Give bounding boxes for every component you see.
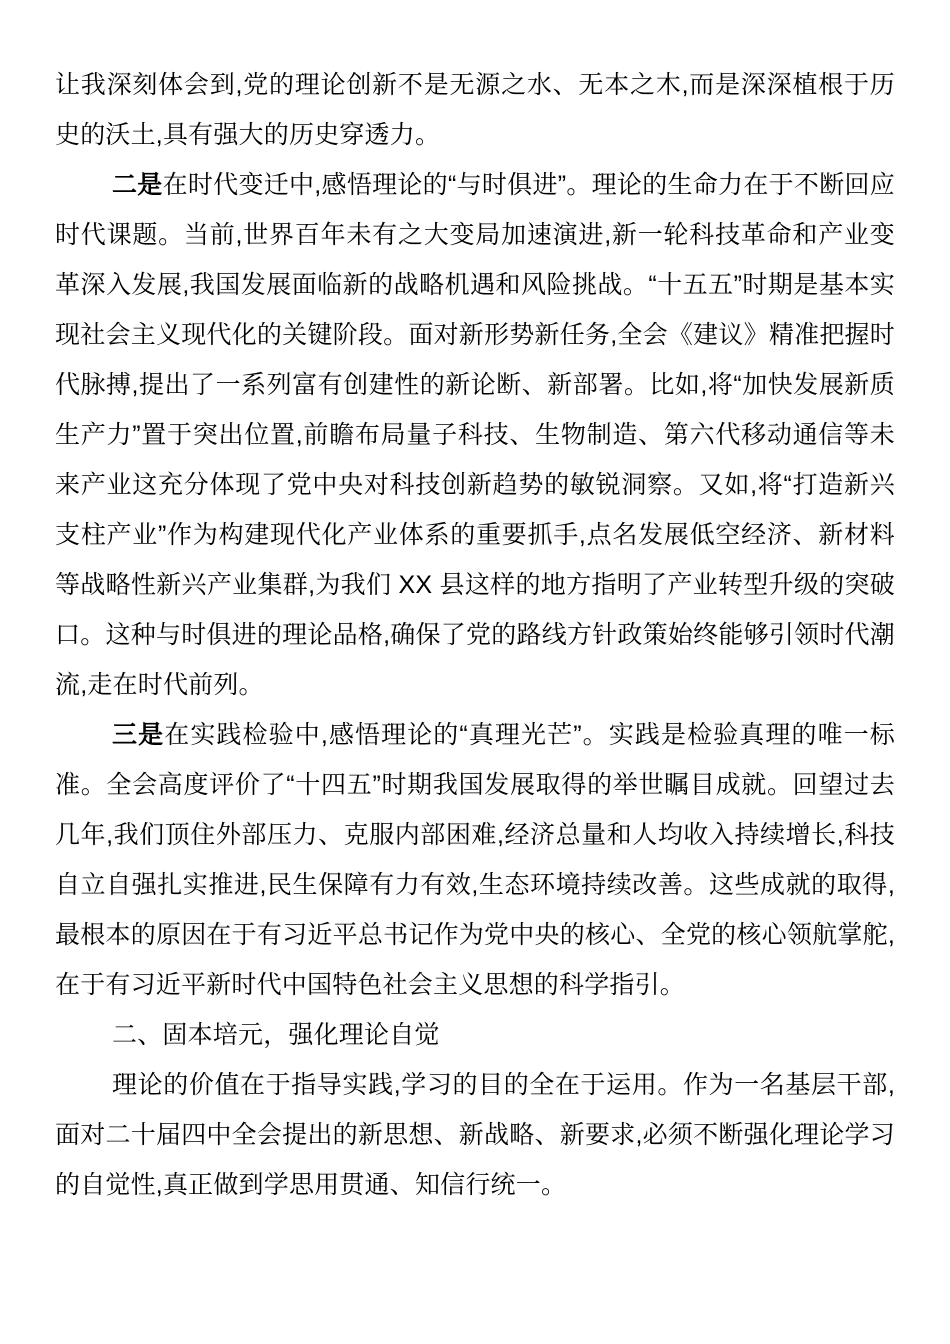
text-run: 二是	[112, 171, 163, 199]
text-run: 在实践检验中,感悟理论的“真理光芒”。实践是检验真理的唯一标准。全会高度评价了“…	[55, 721, 895, 999]
document-page: 让我深刻体会到,党的理论创新不是无源之水、无本之木,而是深深植根于历史的沃土,具…	[0, 0, 950, 1344]
paragraphs-container: 让我深刻体会到,党的理论创新不是无源之水、无本之木,而是深深植根于历史的沃土,具…	[55, 60, 895, 1210]
text-run: 在时代变迁中,感悟理论的“与时俱进”。理论的生命力在于不断回应时代课题。当前,世…	[55, 171, 895, 699]
paragraph-continuation: 让我深刻体会到,党的理论创新不是无源之水、无本之木,而是深深植根于历史的沃土,具…	[55, 60, 895, 160]
paragraph-second-point: 二是在时代变迁中,感悟理论的“与时俱进”。理论的生命力在于不断回应时代课题。当前…	[55, 160, 895, 710]
paragraph-third-point: 三是在实践检验中,感悟理论的“真理光芒”。实践是检验真理的唯一标准。全会高度评价…	[55, 710, 895, 1010]
section-heading-two: 二、固本培元，强化理论自觉	[55, 1010, 895, 1060]
paragraph-theory-value: 理论的价值在于指导实践,学习的目的全在于运用。作为一名基层干部,面对二十届四中全…	[55, 1060, 895, 1210]
text-run: 二、固本培元，强化理论自觉	[112, 1021, 440, 1049]
text-run: 理论的价值在于指导实践,学习的目的全在于运用。作为一名基层干部,面对二十届四中全…	[55, 1071, 895, 1199]
text-run: 三是	[112, 721, 164, 749]
text-run: 让我深刻体会到,党的理论创新不是无源之水、无本之木,而是深深植根于历史的沃土,具…	[55, 71, 895, 149]
